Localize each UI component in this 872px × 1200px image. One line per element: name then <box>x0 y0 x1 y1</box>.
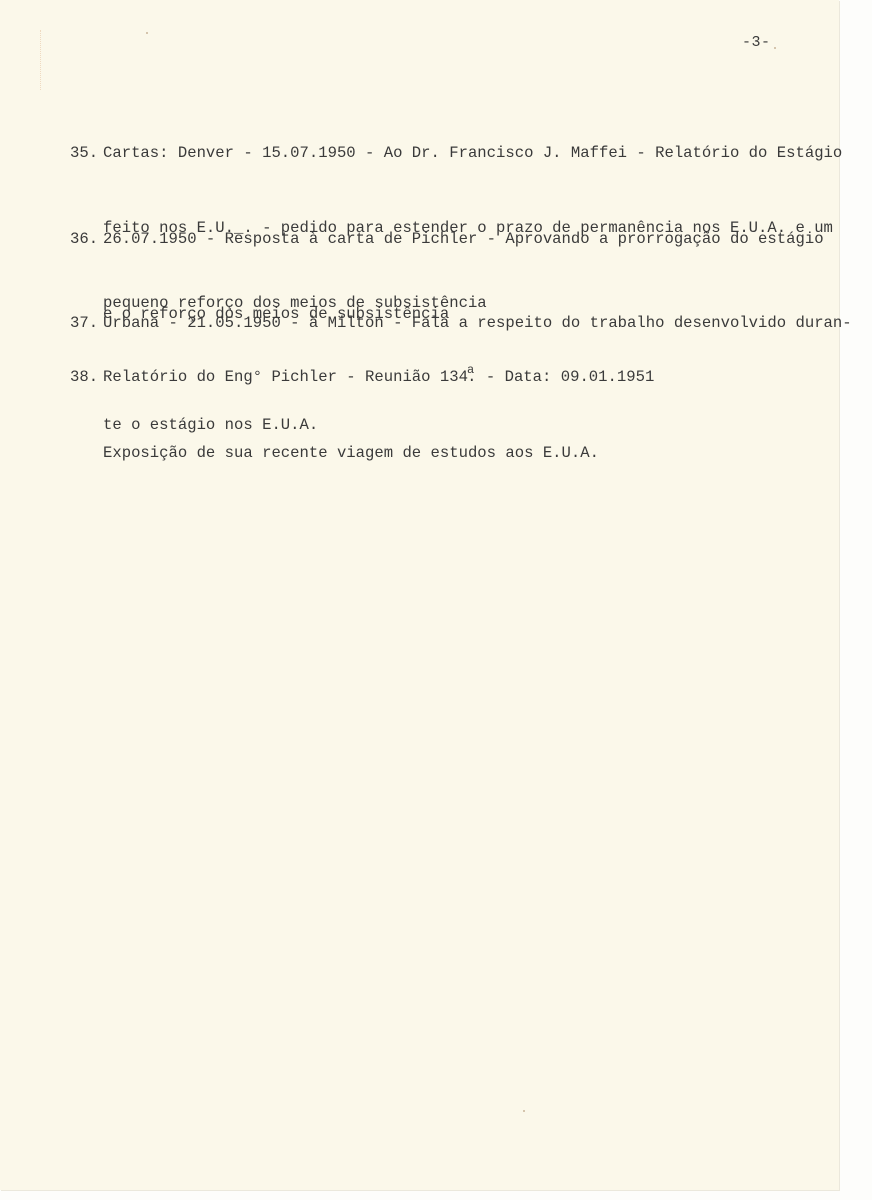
paper-speck <box>774 47 776 49</box>
ordinal-superscript: a <box>467 363 474 377</box>
page-number: -3- <box>742 34 771 51</box>
paper-stain <box>40 30 66 90</box>
paper-speck <box>146 32 148 34</box>
entry-text-line: Relatório do Eng° Pichler - Reunião 134 <box>103 368 468 386</box>
entry-38: 38.Relatório do Eng° Pichler - Reunião 1… <box>70 315 654 516</box>
entry-text-line: Exposição de sua recente viagem de estud… <box>70 441 654 466</box>
entry-text-line: . - Data: 09.01.1951 <box>467 368 654 386</box>
entry-number: 35. <box>70 141 103 166</box>
entry-text-line: Cartas: Denver - 15.07.1950 - Ao Dr. Fra… <box>103 144 842 162</box>
document-page: -3- 35.Cartas: Denver - 15.07.1950 - Ao … <box>0 0 839 1190</box>
paper-speck <box>523 1110 525 1112</box>
entry-number: 38. <box>70 365 103 390</box>
